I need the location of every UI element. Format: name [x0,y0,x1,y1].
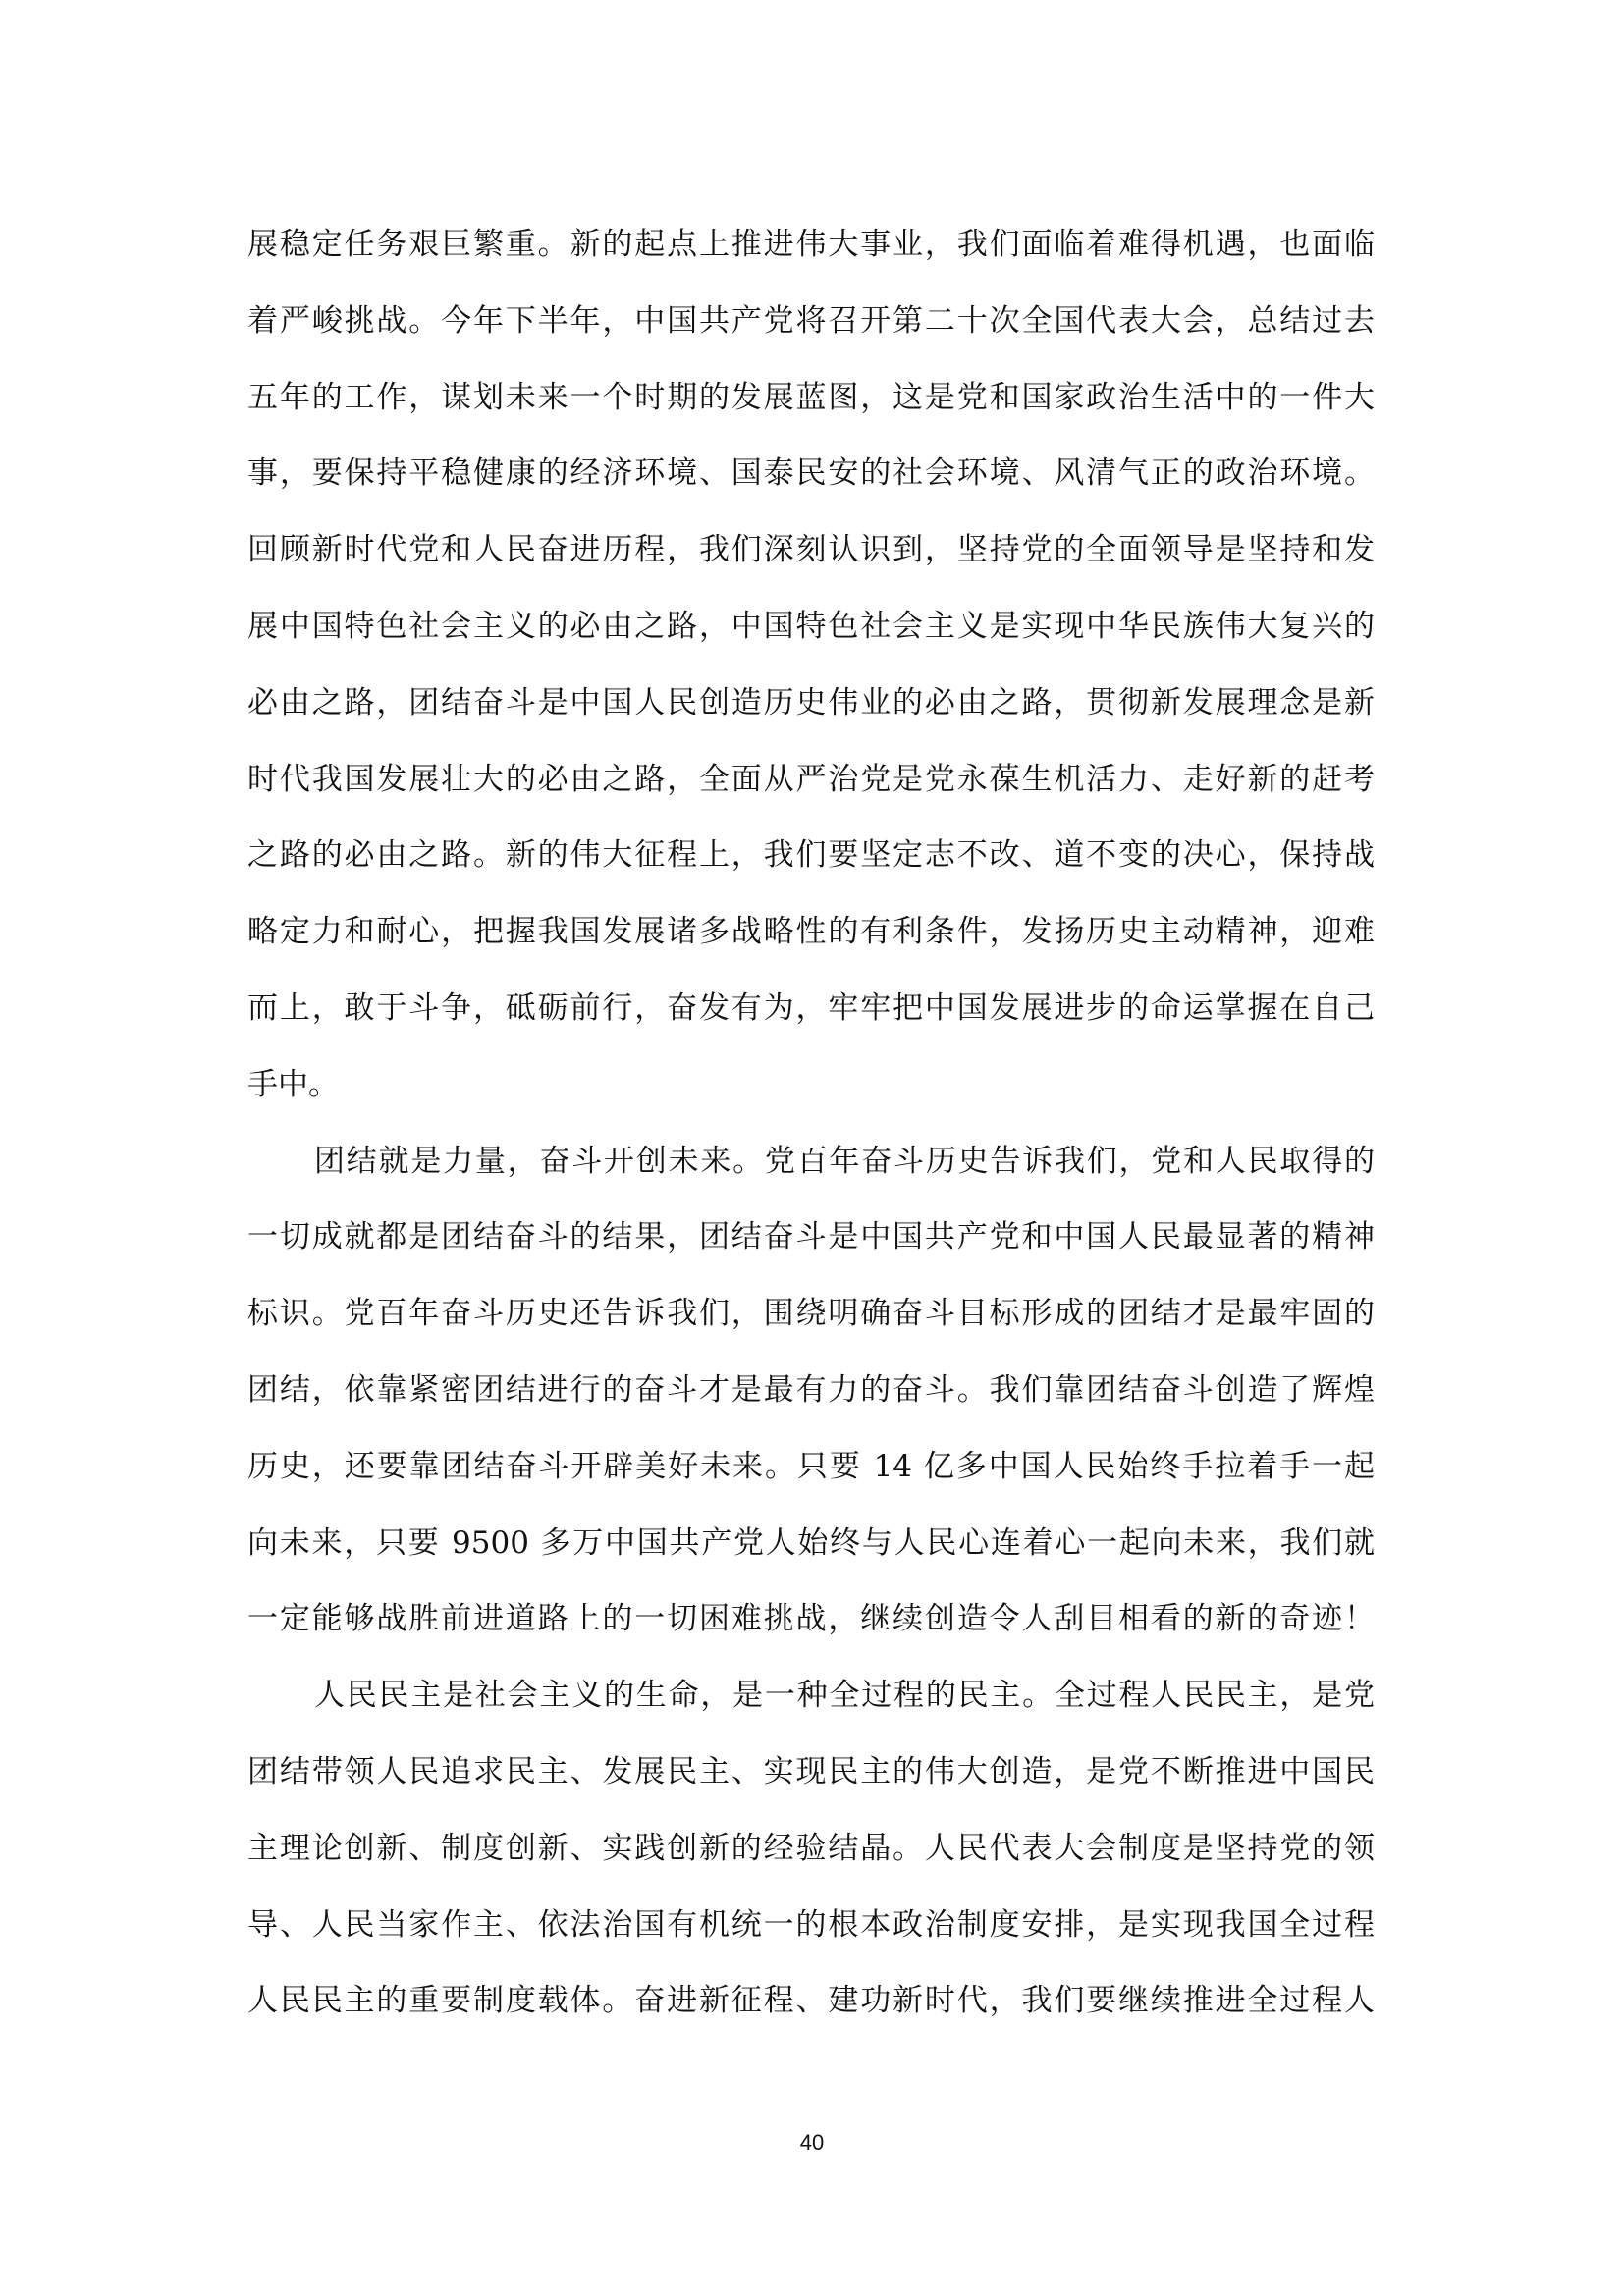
text-line: 团结，依靠紧密团结进行的奋斗才是最有力的奋斗。我们靠团结奋斗创造了辉煌 [247,1353,1375,1429]
document-page: 展稳定任务艰巨繁重。新的起点上推进伟大事业，我们面临着难得机遇，也面临 着严峻挑… [0,0,1624,2296]
text-line: 之路的必由之路。新的伟大征程上，我们要坚定志不改、道不变的决心，保持战 [247,818,1375,894]
text-line: 主理论创新、制度创新、实践创新的经验结晶。人民代表大会制度是坚持党的领 [247,1811,1375,1888]
text-line: 而上，敢于斗争，砥砺前行，奋发有为，牢牢把中国发展进步的命运掌握在自己 [247,971,1375,1047]
text-line: 必由之路，团结奋斗是中国人民创造历史伟业的必由之路，贯彻新发展理念是新 [247,666,1375,742]
text-line: 一切成就都是团结奋斗的结果，团结奋斗是中国共产党和中国人民最显著的精神 [247,1200,1375,1276]
text-line: 导、人民当家作主、依法治国有机统一的根本政治制度安排，是实现我国全过程 [247,1888,1375,1964]
page-number: 40 [0,2130,1624,2156]
text-line: 手中。 [247,1047,1375,1124]
paragraph-3: 人民民主是社会主义的生命，是一种全过程的民主。全过程人民民主，是党 团结带领人民… [247,1658,1375,2040]
text-line: 团结就是力量，奋斗开创未来。党百年奋斗历史告诉我们，党和人民取得的 [247,1124,1375,1201]
text-line: 人民民主的重要制度载体。奋进新征程、建功新时代，我们要继续推进全过程人 [247,1963,1375,2040]
text-line: 一定能够战胜前进道路上的一切困难挑战，继续创造令人刮目相看的新的奇迹！ [247,1581,1375,1658]
text-line: 展稳定任务艰巨繁重。新的起点上推进伟大事业，我们面临着难得机遇，也面临 [247,207,1375,284]
text-line: 历史，还要靠团结奋斗开辟美好未来。只要 14 亿多中国人民始终手拉着手一起 [247,1429,1375,1506]
paragraph-2: 团结就是力量，奋斗开创未来。党百年奋斗历史告诉我们，党和人民取得的 一切成就都是… [247,1124,1375,1659]
paragraph-1: 展稳定任务艰巨繁重。新的起点上推进伟大事业，我们面临着难得机遇，也面临 着严峻挑… [247,207,1375,1124]
text-line: 团结带领人民追求民主、发展民主、实现民主的伟大创造，是党不断推进中国民 [247,1735,1375,1811]
text-line: 人民民主是社会主义的生命，是一种全过程的民主。全过程人民民主，是党 [247,1658,1375,1735]
text-line: 略定力和耐心，把握我国发展诸多战略性的有利条件，发扬历史主动精神，迎难 [247,894,1375,971]
text-line: 标识。党百年奋斗历史还告诉我们，围绕明确奋斗目标形成的团结才是最牢固的 [247,1276,1375,1353]
document-body: 展稳定任务艰巨繁重。新的起点上推进伟大事业，我们面临着难得机遇，也面临 着严峻挑… [247,207,1375,2040]
text-line: 回顾新时代党和人民奋进历程，我们深刻认识到，坚持党的全面领导是坚持和发 [247,512,1375,589]
text-line: 时代我国发展壮大的必由之路，全面从严治党是党永葆生机活力、走好新的赶考 [247,742,1375,819]
text-line: 事，要保持平稳健康的经济环境、国泰民安的社会环境、风清气正的政治环境。 [247,436,1375,512]
text-line: 五年的工作，谋划未来一个时期的发展蓝图，这是党和国家政治生活中的一件大 [247,360,1375,437]
text-line: 展中国特色社会主义的必由之路，中国特色社会主义是实现中华民族伟大复兴的 [247,589,1375,666]
text-line: 着严峻挑战。今年下半年，中国共产党将召开第二十次全国代表大会，总结过去 [247,284,1375,360]
text-line: 向未来，只要 9500 多万中国共产党人始终与人民心连着心一起向未来，我们就 [247,1506,1375,1582]
